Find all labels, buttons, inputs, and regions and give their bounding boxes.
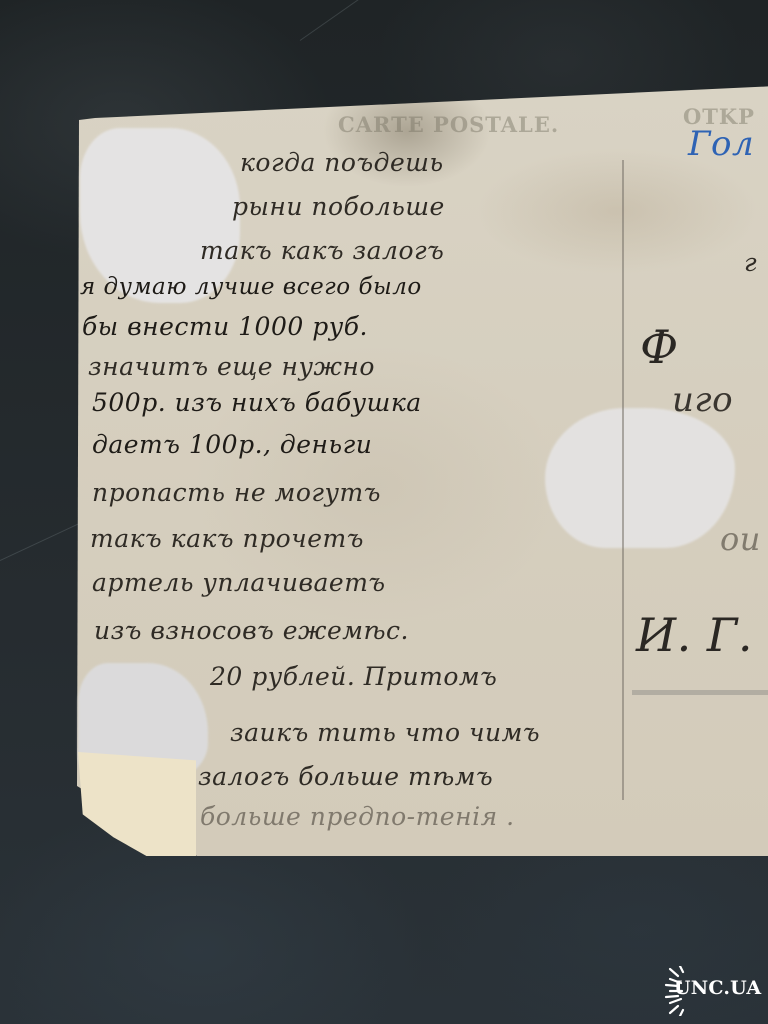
handwriting-line: артель уплачиваетъ [92,568,386,597]
handwriting-line: изъ взносовъ ежемѣс. [94,616,409,645]
address-fragment-blue: Гол [688,124,754,164]
peeled-area-right [545,408,735,548]
handwriting-line: когда поъдешь [240,148,444,177]
watermark-text: UNC.UA [674,977,761,999]
address-line [632,690,768,695]
handwriting-line: рыни побольше [232,192,445,221]
handwriting-line: такъ какъ прочетъ [90,524,364,553]
handwriting-line: пропасть не могутъ [92,478,381,507]
unc-ua-watermark: UNC.UA [656,966,760,1016]
handwriting-line: значитъ еще нужно [88,352,375,381]
handwriting-line: 20 рублей. Притомъ [210,662,497,691]
handwriting-line: 500р. изъ нихъ бабушка [92,388,422,417]
handwriting-line: я думаю лучше всего было [80,274,422,300]
handwriting-line: заикъ тить что чимъ [230,718,540,747]
handwriting-line: бы внести 1000 руб. [82,312,368,341]
address-divider-line [622,160,624,800]
signature: И. Г. [636,608,753,662]
handwriting-line: такъ какъ залогъ [200,236,444,265]
right-word-fragment: иго [672,380,733,420]
handwriting-line: больше предпо-тенія . [200,802,515,831]
right-fragment-2: ои [720,520,761,558]
handwriting-line: даетъ 100р., деньги [92,430,372,459]
handwriting-line: залогъ больше тѣмъ [198,762,493,791]
right-initial: Ф [640,320,679,374]
printed-header: CARTE POSTALE. [338,112,559,137]
right-small-mark: г [744,248,757,277]
